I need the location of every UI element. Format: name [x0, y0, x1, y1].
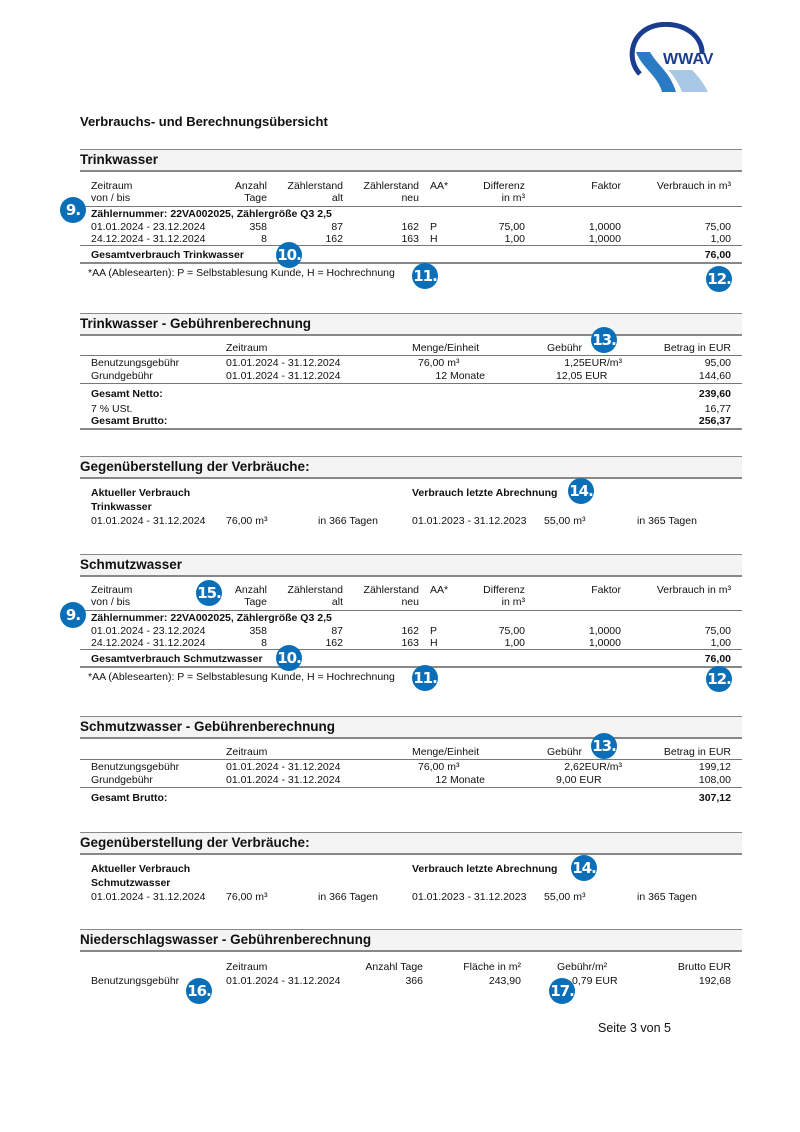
col-header: Faktor [540, 584, 621, 596]
cell-faktor: 1,0000 [540, 625, 621, 637]
cell-gebuehr: 9,00 EUR [556, 774, 602, 786]
cell-tage: 8 [200, 233, 267, 245]
section-title: Trinkwasser - Gebührenberechnung [80, 316, 311, 331]
annotation-badge-11: 11. [412, 665, 438, 691]
divider [80, 262, 742, 264]
cell-differenz: 1,00 [455, 637, 525, 649]
cell-aa: H [430, 637, 438, 649]
col-header: Gebühr [547, 746, 582, 758]
col-header: alt [270, 192, 343, 204]
col-header: Zeitraum [226, 342, 267, 354]
cell-alt: 87 [270, 221, 343, 233]
cell-verbrauch: 75,00 [630, 221, 731, 233]
col-header: in m³ [455, 192, 525, 204]
total-label: Gesamtverbrauch Schmutzwasser [91, 653, 263, 665]
cell-tage: 8 [200, 637, 267, 649]
section-title: Schmutzwasser - Gebührenberechnung [80, 719, 335, 734]
section-title: Schmutzwasser [80, 557, 182, 572]
current-label: Aktueller Verbrauch [91, 487, 190, 499]
section-title: Gegenüberstellung der Verbräuche: [80, 459, 310, 474]
brutto-value: 256,37 [630, 415, 731, 427]
section-header-niederschlagswasser: Niederschlagswasser - Gebührenberechnung [80, 929, 742, 952]
cell-tage: 366 [330, 975, 423, 987]
cell-betrag: 95,00 [630, 357, 731, 369]
section-header-trinkwasser-fees: Trinkwasser - Gebührenberechnung [80, 313, 742, 336]
cell-neu: 162 [345, 221, 419, 233]
col-header: Tage [200, 192, 267, 204]
col-header: Differenz [455, 180, 525, 192]
annotation-badge-12: 12. [706, 666, 732, 692]
last-days: in 365 Tagen [637, 891, 697, 903]
col-header: Zählerstand [270, 180, 343, 192]
cell-neu: 163 [345, 637, 419, 649]
annotation-badge-9: 9. [60, 602, 86, 628]
col-header: Menge/Einheit [412, 342, 479, 354]
annotation-badge-12: 12. [706, 266, 732, 292]
section-title: Gegenüberstellung der Verbräuche: [80, 835, 310, 850]
cell-zeitraum: 01.01.2024 - 31.12.2024 [226, 975, 340, 987]
col-header: neu [345, 192, 419, 204]
logo-text: WWAV [663, 51, 713, 69]
page-number: Seite 3 von 5 [598, 1022, 671, 1034]
last-label: Verbrauch letzte Abrechnung [412, 863, 557, 875]
cell-zeitraum: 01.01.2024 - 31.12.2024 [226, 357, 340, 369]
cell-menge: 76,00 m³ [418, 761, 459, 773]
cell-zeitraum: 01.01.2024 - 31.12.2024 [226, 761, 340, 773]
current-label: Aktueller Verbrauch [91, 863, 190, 875]
current-period: 01.01.2024 - 31.12.2024 [91, 891, 205, 903]
divider [80, 787, 742, 788]
annotation-badge-11: 11. [412, 263, 438, 289]
col-header: Brutto EUR [630, 961, 731, 973]
cell-label: Benutzungsgebühr [91, 975, 179, 987]
section-header-comparison-trinkwasser: Gegenüberstellung der Verbräuche: [80, 456, 742, 479]
annotation-badge-14: 14. [568, 478, 594, 504]
col-header: Zählerstand [345, 584, 419, 596]
cell-verbrauch: 1,00 [630, 637, 731, 649]
col-header: Zeitraum [226, 746, 267, 758]
col-header: AA* [430, 584, 448, 596]
cell-verbrauch: 75,00 [630, 625, 731, 637]
ust-label: 7 % USt. [91, 403, 132, 415]
cell-menge: 12 Monate [400, 370, 485, 382]
last-label: Verbrauch letzte Abrechnung [412, 487, 557, 499]
annotation-badge-16: 16. [186, 978, 212, 1004]
cell-aa: H [430, 233, 438, 245]
cell-faktor: 1,0000 [540, 221, 621, 233]
col-header: Zählerstand [270, 584, 343, 596]
col-header: Verbrauch in m³ [630, 180, 731, 192]
cell-betrag: 108,00 [630, 774, 731, 786]
col-header: Gebühr/m² [557, 961, 607, 973]
meter-info: Zählernummer: 22VA002025, Zählergröße Q3… [91, 208, 332, 220]
section-title: Niederschlagswasser - Gebührenberechnung [80, 932, 371, 947]
cell-gebuehr: 1,25EUR/m³ [540, 357, 622, 369]
col-header: von / bis [91, 192, 130, 204]
cell-zeitraum: 01.01.2024 - 31.12.2024 [226, 370, 340, 382]
cell-label: Grundgebühr [91, 370, 153, 382]
divider [80, 383, 742, 384]
divider [80, 245, 742, 246]
col-header: Verbrauch in m³ [630, 584, 731, 596]
divider [80, 610, 742, 611]
col-header: alt [270, 596, 343, 608]
cell-faktor: 1,0000 [540, 233, 621, 245]
col-header: neu [345, 596, 419, 608]
cell-tage: 358 [200, 221, 267, 233]
brutto-label: Gesamt Brutto: [91, 415, 167, 427]
last-amount: 55,00 m³ [544, 515, 585, 527]
current-period: 01.01.2024 - 31.12.2024 [91, 515, 205, 527]
document-title: Verbrauchs- und Berechnungsübersicht [80, 116, 328, 128]
annotation-badge-13: 13. [591, 327, 617, 353]
last-days: in 365 Tagen [637, 515, 697, 527]
col-header: Gebühr [547, 342, 582, 354]
netto-label: Gesamt Netto: [91, 388, 163, 400]
annotation-badge-14: 14. [571, 855, 597, 881]
medium-label: Trinkwasser [91, 501, 152, 513]
col-header: Zeitraum [91, 584, 132, 596]
col-header: Betrag in EUR [630, 342, 731, 354]
medium-label: Schmutzwasser [91, 877, 170, 889]
current-amount: 76,00 m³ [226, 515, 267, 527]
section-header-schmutzwasser: Schmutzwasser [80, 554, 742, 577]
col-header: AA* [430, 180, 448, 192]
section-header-schmutzwasser-fees: Schmutzwasser - Gebührenberechnung [80, 716, 742, 739]
cell-differenz: 75,00 [455, 625, 525, 637]
col-header: Zeitraum [91, 180, 132, 192]
annotation-badge-17: 17. [549, 978, 575, 1004]
col-header: Zeitraum [226, 961, 267, 973]
annotation-badge-13: 13. [591, 733, 617, 759]
cell-zeitraum: 01.01.2024 - 23.12.2024 [91, 221, 205, 233]
cell-menge: 12 Monate [400, 774, 485, 786]
divider [80, 355, 742, 356]
cell-zeitraum: 01.01.2024 - 31.12.2024 [226, 774, 340, 786]
cell-faktor: 1,0000 [540, 637, 621, 649]
brutto-label: Gesamt Brutto: [91, 792, 167, 804]
col-header: in m³ [455, 596, 525, 608]
col-header: Anzahl Tage [330, 961, 423, 973]
section-title: Trinkwasser [80, 152, 158, 167]
last-period: 01.01.2023 - 31.12.2023 [412, 891, 526, 903]
current-days: in 366 Tagen [318, 515, 378, 527]
divider [80, 759, 742, 760]
cell-differenz: 75,00 [455, 221, 525, 233]
cell-betrag: 199,12 [630, 761, 731, 773]
cell-neu: 162 [345, 625, 419, 637]
cell-betrag: 144,60 [630, 370, 731, 382]
wwav-logo: WWAV [628, 22, 718, 94]
footnote: *AA (Ablesearten): P = Selbstablesung Ku… [88, 267, 395, 279]
cell-menge: 76,00 m³ [418, 357, 459, 369]
cell-label: Benutzungsgebühr [91, 357, 179, 369]
current-days: in 366 Tagen [318, 891, 378, 903]
cell-flaeche: 243,90 [440, 975, 521, 987]
netto-value: 239,60 [630, 388, 731, 400]
current-amount: 76,00 m³ [226, 891, 267, 903]
col-header: Anzahl [200, 180, 267, 192]
col-header: Betrag in EUR [630, 746, 731, 758]
annotation-badge-10: 10. [276, 242, 302, 268]
cell-verbrauch: 1,00 [630, 233, 731, 245]
col-header: Fläche in m² [440, 961, 521, 973]
cell-differenz: 1,00 [455, 233, 525, 245]
last-period: 01.01.2023 - 31.12.2023 [412, 515, 526, 527]
cell-label: Grundgebühr [91, 774, 153, 786]
total-value: 76,00 [630, 249, 731, 261]
cell-neu: 163 [345, 233, 419, 245]
cell-gebuehr: 2,62EUR/m³ [540, 761, 622, 773]
col-header: Differenz [455, 584, 525, 596]
brutto-value: 307,12 [630, 792, 731, 804]
annotation-badge-15: 15. [196, 580, 222, 606]
divider [80, 666, 742, 668]
annotation-badge-10: 10. [276, 645, 302, 671]
col-header: Zählerstand [345, 180, 419, 192]
col-header: Faktor [540, 180, 621, 192]
cell-brutto: 192,68 [630, 975, 731, 987]
section-header-trinkwasser: Trinkwasser [80, 149, 742, 172]
cell-gebuehr: 0,79 EUR [572, 975, 618, 987]
meter-info: Zählernummer: 22VA002025, Zählergröße Q3… [91, 612, 332, 624]
section-header-comparison-schmutzwasser: Gegenüberstellung der Verbräuche: [80, 832, 742, 855]
col-header: Menge/Einheit [412, 746, 479, 758]
annotation-badge-9: 9. [60, 197, 86, 223]
total-label: Gesamtverbrauch Trinkwasser [91, 249, 244, 261]
total-value: 76,00 [630, 653, 731, 665]
cell-zeitraum: 24.12.2024 - 31.12.2024 [91, 637, 205, 649]
cell-aa: P [430, 221, 437, 233]
col-header: von / bis [91, 596, 130, 608]
divider [80, 649, 742, 650]
divider [80, 428, 742, 430]
last-amount: 55,00 m³ [544, 891, 585, 903]
cell-gebuehr: 12,05 EUR [556, 370, 607, 382]
cell-alt: 87 [270, 625, 343, 637]
cell-label: Benutzungsgebühr [91, 761, 179, 773]
footnote: *AA (Ablesearten): P = Selbstablesung Ku… [88, 671, 395, 683]
ust-value: 16,77 [630, 403, 731, 415]
cell-tage: 358 [200, 625, 267, 637]
divider [80, 206, 742, 207]
cell-zeitraum: 01.01.2024 - 23.12.2024 [91, 625, 205, 637]
cell-aa: P [430, 625, 437, 637]
cell-zeitraum: 24.12.2024 - 31.12.2024 [91, 233, 205, 245]
